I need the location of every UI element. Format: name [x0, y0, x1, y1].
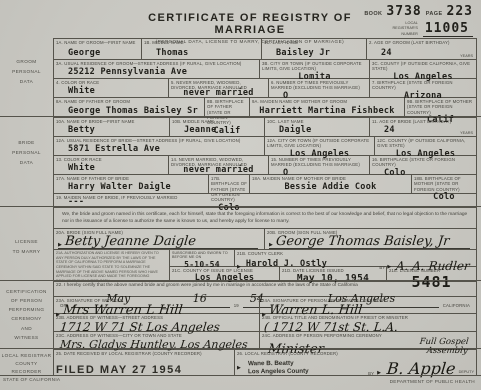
- row-ceremony-signatures: 23a. Signature of Witness ▶ Mrs Warren L…: [54, 296, 476, 313]
- field-groom-father: 8a. Name of Father of Groom George Thoma…: [54, 98, 204, 117]
- pointer-icon: ▶: [237, 365, 241, 371]
- section-divider: [0, 348, 481, 349]
- bride-middle-name-value: Jeanne: [172, 125, 262, 135]
- bride-county-label: 12c. County (If Outside California, Give…: [377, 138, 474, 149]
- bride-race-label: 13. Color or Race: [56, 157, 166, 162]
- sidebar-groom-label: GROOM PERSONAL DATA: [0, 57, 53, 87]
- bride-age-value: 24: [372, 125, 474, 135]
- pointer-icon: ▶: [269, 242, 273, 248]
- date-received-label: 25. Date Received by Local Registrar (Co…: [56, 351, 232, 356]
- sidebar-registrar-label: LOCAL REGISTRAR COUNTY RECORDER: [0, 352, 53, 376]
- groom-age-value: 24: [369, 48, 474, 58]
- section-divider: [0, 206, 481, 207]
- bride-times-married-label: 15. Number of Times Previously Married (…: [271, 157, 367, 168]
- section-divider: [0, 116, 481, 117]
- field-officiant-title: 24b. Official Title and Denomination if …: [259, 314, 476, 331]
- affidavit-cell: We, the bride and groom named in this ce…: [54, 208, 476, 228]
- groom-city-label: 3b. City or Town (If Outside Corporate L…: [262, 61, 367, 72]
- registrar-number-line: LOCAL REGISTRAR'S NUMBER 11005: [333, 21, 473, 37]
- row-bride-status: 13. Color or Race White 14. Never Marrie…: [54, 155, 476, 174]
- sidebar-certification-label: CERTIFICATION OF PERSON PERFORMING CEREM…: [0, 287, 53, 342]
- section-divider: [0, 375, 481, 376]
- groom-mother-label: 9a. Maiden Name of Mother of Groom: [252, 99, 402, 104]
- groom-age-label: 2. Age of Groom (Last Birthday): [369, 40, 474, 45]
- groom-father-label: 8a. Name of Father of Groom: [56, 99, 202, 104]
- page-number: 223: [447, 4, 473, 19]
- sidebar-license-label: LICENSE TO MARRY: [0, 237, 53, 257]
- field-groom-residence: 3a. Usual Residence of Groom—Street Addr…: [54, 60, 259, 78]
- footer-department-label: DEPARTMENT OF PUBLIC HEALTH: [390, 379, 475, 384]
- field-bride-residence: 12a. Usual Residence of Bride—Street Add…: [54, 137, 264, 155]
- bride-father-label: 17a. Name of Father of Bride: [56, 176, 206, 181]
- groom-birthplace-label: 7. Birthplace (State or Foreign Country): [372, 80, 474, 91]
- field-bride-age: 11. Age of Bride (Last Birthday) 24 YEAR…: [369, 118, 476, 136]
- header-numbers: BOOK 3738 PAGE 223 LOCAL REGISTRAR'S NUM…: [333, 4, 473, 37]
- field-bride-father-birthplace: 17b. Birthplace of Father (State or Fore…: [208, 175, 249, 193]
- deputy-label: DEPUTY: [459, 370, 474, 374]
- field-bride-birthplace: 16. Birthplace (State or Foreign Country…: [369, 156, 476, 174]
- registrar-number-label: LOCAL REGISTRAR'S NUMBER: [392, 21, 417, 37]
- field-bride-middle-name: 10b. Middle Name Jeanne: [169, 118, 264, 136]
- row-groom-parents: 8a. Name of Father of Groom George Thoma…: [54, 97, 476, 117]
- field-bride-county: 12c. County (If Outside California, Give…: [374, 137, 476, 155]
- pointer-icon: ▶: [58, 242, 62, 248]
- field-groom-times-married: 6. Number of Times Previously Married (E…: [268, 79, 369, 97]
- book-label: BOOK: [364, 11, 382, 17]
- bride-mother-label: 18a. Maiden Name of Mother of Bride: [252, 176, 409, 181]
- field-local-registrar: 26. Local Registrar (County Recorder) ▶ …: [234, 350, 476, 376]
- field-groom-marital: 5. Never Married, Widowed, Divorced, Mar…: [168, 79, 268, 97]
- bride-father-value: Harry Walter Daigle: [56, 182, 206, 192]
- field-bride-city: 12a. City or Town (If Outside Corporate …: [264, 137, 374, 155]
- field-groom-age: 2. Age of Groom (Last Birthday) 24 YEARS: [366, 39, 476, 59]
- license-right-block: SUBSCRIBED AND SWORN TO BEFORE ME ON 5-1…: [169, 250, 476, 281]
- row-applicant-signatures: 20a. Bride (Sign Full Name) ▶ Betty Jean…: [54, 228, 476, 249]
- bride-mother-birthplace-label: 18b. Birthplace of Mother (State or Fore…: [414, 176, 474, 192]
- bride-mother-value: Bessie Addie Cook: [252, 182, 409, 192]
- field-bride-marital: 14. Never Married, Widowed, Divorced, Ma…: [168, 156, 268, 174]
- groom-residence-value: 25212 Pennsylvania Ave: [56, 67, 257, 77]
- field-bride-father: 17a. Name of Father of Bride Harry Walte…: [54, 175, 208, 193]
- bride-race-value: White: [56, 163, 166, 173]
- groom-marital-value: never married: [171, 88, 266, 98]
- row-ceremony-addresses-1: 23b. Address of Witness—Street Address 1…: [54, 313, 476, 331]
- bride-residence-value: 5871 Estrella Ave: [56, 144, 262, 154]
- field-sworn-date: SUBSCRIBED AND SWORN TO BEFORE ME ON 5-1…: [169, 250, 234, 266]
- groom-county-label: 3c. County (If Outside California, Give …: [372, 61, 474, 72]
- registrar-name: Wane B. Beatty: [248, 359, 309, 368]
- field-groom-middle-name: 1b. Middle Name Thomas: [141, 39, 261, 59]
- field-bride-last-name: 10c. Last Name Daigle: [264, 118, 369, 136]
- field-groom-signature: 20b. Groom (Sign Full Name) ▶ George Tho…: [264, 229, 476, 249]
- field-groom-county: 3c. County (If Outside California, Give …: [369, 60, 476, 78]
- sworn-date-label: SUBSCRIBED AND SWORN TO BEFORE ME ON: [172, 251, 232, 260]
- field-date-received: 25. Date Received by Local Registrar (Co…: [54, 350, 234, 376]
- field-bride-race: 13. Color or Race White: [54, 156, 168, 174]
- field-bride-signature: 20a. Bride (Sign Full Name) ▶ Betty Jean…: [54, 229, 264, 249]
- sidebar-bride-label: BRIDE PERSONAL DATA: [0, 138, 53, 168]
- groom-last-name-value: Baisley Jr: [264, 48, 364, 58]
- book-number: 3738: [386, 4, 421, 19]
- certification-statement-cell: 22. I hereby certify that the above name…: [54, 282, 476, 296]
- section-divider: [0, 280, 481, 281]
- field-groom-race: 4. Color or Race White: [54, 79, 168, 97]
- license-authorization-text: 21a. Authorization and license is hereby…: [56, 251, 167, 283]
- row-bride-residence: 12a. Usual Residence of Bride—Street Add…: [54, 136, 476, 155]
- bride-age-unit: YEARS: [460, 131, 473, 135]
- field-bride-mother-birthplace: 18b. Birthplace of Mother (State or Fore…: [411, 175, 476, 193]
- groom-middle-name-label: 1b. Middle Name: [144, 40, 259, 45]
- groom-age-unit: YEARS: [460, 54, 473, 58]
- bride-signature-value: Betty Jeanne Daigle: [64, 235, 196, 248]
- bride-first-name-value: Betty: [56, 125, 167, 135]
- groom-first-name-label: 1a. Name of Groom—First Name: [56, 40, 139, 45]
- field-bride-mother: 18a. Maiden Name of Mother of Bride Bess…: [249, 175, 411, 193]
- field-witness-street: 23b. Address of Witness—Street Address 1…: [54, 314, 259, 331]
- groom-mother-birthplace-label: 9b. Birthplace of Mother (State or Forei…: [407, 99, 474, 115]
- row-bride-parents: 17a. Name of Father of Bride Harry Walte…: [54, 174, 476, 193]
- field-groom-mother: 9a. Maiden Name of Mother of Groom Harri…: [249, 98, 404, 117]
- groom-last-name-label: 1c. Last Name: [264, 40, 364, 45]
- bride-middle-name-label: 10b. Middle Name: [172, 119, 262, 124]
- row-bride-name: 10a. Name of Bride—First Name Betty 10b.…: [54, 117, 476, 136]
- row-ceremony-addresses-2: 23c. Address of Witness—City or Town and…: [54, 331, 476, 349]
- field-officiant-signature: 24a. Signature of Person Performing Cere…: [259, 297, 476, 313]
- groom-first-name-value: George: [56, 48, 139, 58]
- row-groom-status: 4. Color or Race White 5. Never Married,…: [54, 78, 476, 97]
- row-local-registrar: 25. Date Received by Local Registrar (Co…: [54, 349, 476, 376]
- field-groom-first-name: 1a. Name of Groom—First Name George: [54, 39, 141, 59]
- registrar-number: 11005: [423, 21, 473, 37]
- row-license: 21a. Authorization and license is hereby…: [54, 249, 476, 281]
- groom-residence-label: 3a. Usual Residence of Groom—Street Addr…: [56, 61, 257, 66]
- license-sworn-row: SUBSCRIBED AND SWORN TO BEFORE ME ON 5-1…: [169, 250, 476, 266]
- groom-father-value: George Thomas Baisley Sr: [56, 106, 202, 116]
- field-officiant-address: 24c. Address of Person Performing Ceremo…: [259, 332, 476, 349]
- field-witness-signature: 23a. Signature of Witness ▶ Mrs Warren L…: [54, 297, 259, 313]
- row-affidavit: We, the bride and groom named in this ce…: [54, 207, 476, 228]
- affidavit-text: We, the bride and groom named in this ce…: [56, 209, 474, 227]
- registrar-name-stamp: Wane B. Beatty Los Angeles County: [248, 359, 309, 376]
- bride-age-label: 11. Age of Bride (Last Birthday): [372, 119, 474, 124]
- field-bride-times-married: 15. Number of Times Previously Married (…: [268, 156, 369, 174]
- field-groom-city: 3b. City or Town (If Outside Corporate L…: [259, 60, 369, 78]
- field-groom-last-name: 1c. Last Name Baisley Jr: [261, 39, 366, 59]
- field-groom-father-birthplace: 8b. Birthplace of Father (State or Forei…: [204, 98, 249, 117]
- bride-last-name-value: Daigle: [267, 125, 367, 135]
- groom-times-married-label: 6. Number of Times Previously Married (E…: [271, 80, 367, 91]
- groom-race-value: White: [56, 86, 166, 96]
- field-groom-birthplace: 7. Birthplace (State or Foreign Country)…: [369, 79, 476, 97]
- bride-residence-label: 12a. Usual Residence of Bride—Street Add…: [56, 138, 262, 143]
- groom-signature-value: George Thomas Baisley, Jr: [275, 235, 450, 248]
- groom-middle-name-value: Thomas: [144, 48, 259, 58]
- groom-mother-value: Harriett Martina Fishbeck: [252, 106, 402, 116]
- field-bride-first-name: 10a. Name of Bride—First Name Betty: [54, 118, 169, 136]
- field-groom-mother-birthplace: 9b. Birthplace of Mother (State or Forei…: [404, 98, 476, 117]
- row-bride-maiden-name: 19. Maiden Name of Bride, if Previously …: [54, 193, 476, 207]
- field-witness-city: 23c. Address of Witness—City or Town and…: [54, 332, 259, 349]
- bride-city-label: 12a. City or Town (If Outside Corporate …: [267, 138, 372, 149]
- page-label: PAGE: [426, 11, 443, 17]
- bride-first-name-label: 10a. Name of Bride—First Name: [56, 119, 167, 124]
- bride-marital-value: never married: [171, 165, 266, 175]
- row-certification-statement: 22. I hereby certify that the above name…: [54, 281, 476, 296]
- bride-last-name-label: 10c. Last Name: [267, 119, 367, 124]
- scanned-certificate: CERTIFICATE OF REGISTRY OF MARRIAGE (PER…: [0, 0, 481, 390]
- local-registrar-label: 26. Local Registrar (County Recorder): [237, 351, 474, 356]
- footer-state-label: STATE OF CALIFORNIA: [3, 377, 60, 382]
- groom-race-label: 4. Color or Race: [56, 80, 166, 85]
- row-groom-name: 1a. Name of Groom—First Name George 1b. …: [54, 39, 476, 59]
- bride-birthplace-label: 16. Birthplace (State or Foreign Country…: [372, 157, 474, 168]
- book-page-line: BOOK 3738 PAGE 223: [333, 4, 473, 19]
- field-county-clerk: 21b. County Clerk ▶ Harold J. Ostly BY ▶…: [234, 250, 476, 266]
- field-license-authorization: 21a. Authorization and license is hereby…: [54, 250, 169, 281]
- row-groom-residence: 3a. Usual Residence of Groom—Street Addr…: [54, 59, 476, 78]
